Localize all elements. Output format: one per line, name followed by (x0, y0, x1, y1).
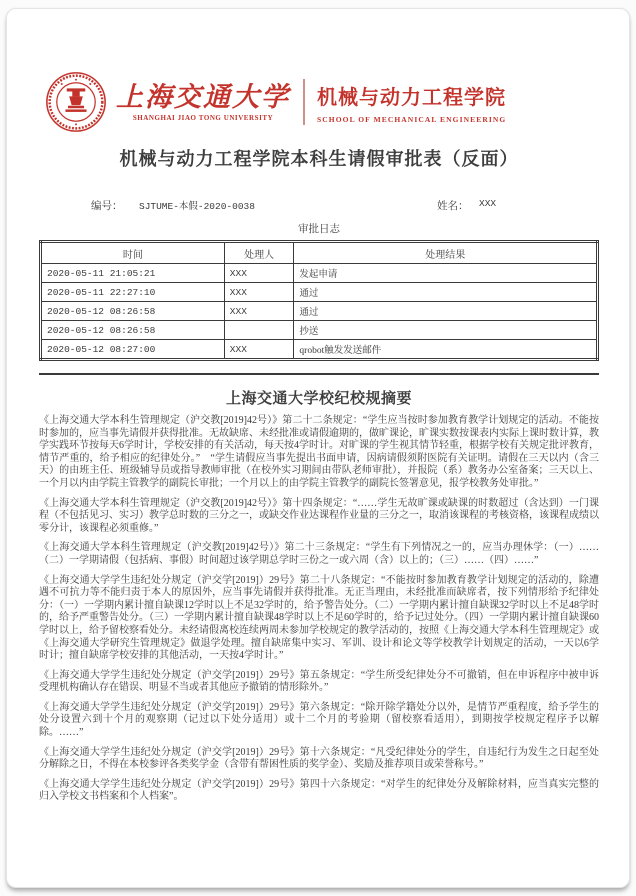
table-row: 2020-05-11 22:27:10 XXX 通过 (41, 283, 598, 302)
regulations-section-title: 上海交通大学校纪校规摘要 (39, 387, 599, 408)
log-result: 抄送 (294, 321, 598, 340)
table-row: 2020-05-12 08:26:58 XXX 通过 (41, 302, 598, 321)
regulation-paragraph: 《上海交通大学学生违纪处分规定（沪交学[2019]）29号》第二十八条规定：“不… (39, 575, 599, 663)
col-header-result: 处理结果 (294, 242, 598, 264)
section-separator (39, 373, 599, 375)
log-result: 通过 (294, 283, 598, 302)
college-name-en: SCHOOL OF MECHANICAL ENGINEERING (317, 115, 506, 124)
college-brand: 机械与动力工程学院 SCHOOL OF MECHANICAL ENGINEERI… (317, 81, 506, 124)
table-row: 2020-05-11 21:05:21 XXX 发起申请 (41, 264, 598, 283)
university-brand: 上海交通大学 SHANGHAI JIAO TONG UNIVERSITY (116, 83, 290, 122)
regulation-paragraph: 《上海交通大学学生违纪处分规定（沪交学[2019]）29号》第六条规定：“除开除… (39, 702, 599, 740)
log-header-row: 时间 处理人 处理结果 (41, 242, 598, 264)
document-title: 机械与动力工程学院本科生请假审批表（反面） (39, 145, 599, 171)
header-divider (303, 79, 305, 125)
regulation-paragraph: 《上海交通大学学生违纪处分规定（沪交学[2019]）29号》第四十六条规定：“对… (39, 779, 599, 804)
log-result: 发起申请 (294, 264, 598, 283)
regulation-paragraph: 《上海交通大学学生违纪处分规定（沪交学[2019]）29号》第十六条规定：“凡受… (39, 747, 599, 772)
log-time: 2020-05-12 08:26:58 (41, 302, 225, 321)
log-time: 2020-05-11 21:05:21 (41, 264, 225, 283)
university-name-en: SHANGHAI JIAO TONG UNIVERSITY (116, 114, 290, 122)
log-handler: XXX (224, 264, 294, 283)
regulation-paragraph: 《上海交通大学本科生管理规定（沪交教[2019]42号）》第二十二条规定：“学生… (39, 415, 599, 491)
university-name-cn: 上海交通大学 (116, 83, 290, 111)
table-row: 2020-05-12 08:26:58 抄送 (41, 321, 598, 340)
regulation-paragraph: 《上海交通大学本科生管理规定（沪交教[2019]42号）》第十四条规定：“……学… (39, 498, 599, 536)
table-row: 2020-05-12 08:27:00 XXX qrobot触发发送邮件 (41, 340, 598, 360)
university-header: 上海交通大学 SHANGHAI JIAO TONG UNIVERSITY 机械与… (45, 71, 599, 133)
page-content: 上海交通大学 SHANGHAI JIAO TONG UNIVERSITY 机械与… (7, 71, 629, 804)
form-number-value: SJTUME-本假-2020-0038 (139, 198, 255, 212)
log-handler: XXX (224, 283, 294, 302)
log-handler (224, 321, 294, 340)
log-result: 通过 (294, 302, 598, 321)
regulation-paragraph: 《上海交通大学本科生管理规定（沪交教[2019]42号）》第二十三条规定：“学生… (39, 542, 599, 567)
sjtu-seal-icon (45, 71, 107, 133)
log-time: 2020-05-12 08:26:58 (41, 321, 225, 340)
log-table-caption: 审批日志 (39, 221, 599, 236)
log-time: 2020-05-12 08:27:00 (41, 340, 225, 360)
col-header-handler: 处理人 (224, 242, 294, 264)
regulation-paragraph: 《上海交通大学学生违纪处分规定（沪交学[2019]）29号》第五条规定：“学生所… (39, 670, 599, 695)
approval-log-table: 时间 处理人 处理结果 2020-05-11 21:05:21 XXX 发起申请… (39, 240, 599, 361)
form-number-label: 编号： (91, 198, 123, 213)
regulations-body: 《上海交通大学本科生管理规定（沪交教[2019]42号）》第二十二条规定：“学生… (39, 415, 599, 804)
log-result: qrobot触发发送邮件 (294, 340, 598, 360)
col-header-time: 时间 (41, 242, 225, 264)
log-time: 2020-05-11 22:27:10 (41, 283, 225, 302)
log-handler: XXX (224, 302, 294, 321)
document-page: 上海交通大学 SHANGHAI JIAO TONG UNIVERSITY 机械与… (6, 8, 630, 888)
student-name-value: XXX (479, 198, 496, 209)
log-handler: XXX (224, 340, 294, 360)
college-name-cn: 机械与动力工程学院 (317, 81, 506, 110)
student-name-label: 姓名： (437, 198, 469, 213)
meta-row: 编号： SJTUME-本假-2020-0038 姓名： XXX (39, 198, 599, 212)
